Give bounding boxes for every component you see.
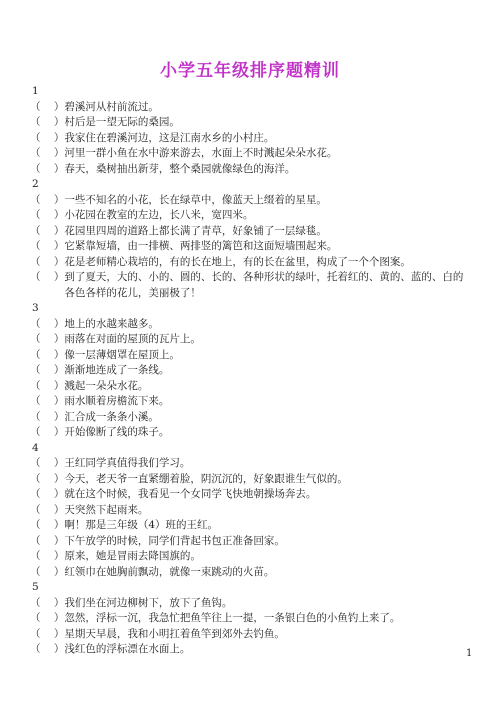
answer-blank[interactable]: （ ） bbox=[30, 193, 64, 209]
item-text: 啊！那是三年级（4）班的王红。 bbox=[64, 518, 470, 534]
ordering-item: （ ）开始像断了线的珠子。 bbox=[30, 425, 470, 441]
item-text: 河里一群小鱼在水中游来游去，水面上不时溅起朵朵水花。 bbox=[64, 146, 470, 162]
item-text: 地上的水越来越多。 bbox=[64, 317, 470, 333]
answer-blank[interactable]: （ ） bbox=[30, 518, 64, 534]
ordering-item: （ ）碧溪河从村前流过。 bbox=[30, 100, 470, 116]
answer-blank[interactable]: （ ） bbox=[30, 627, 64, 643]
section-number: 1 bbox=[32, 84, 470, 100]
item-text: 星期天早晨，我和小明扛着鱼竿到郊外去钓鱼。 bbox=[64, 627, 470, 643]
item-text: 天突然下起雨来。 bbox=[64, 503, 470, 519]
section-number: 2 bbox=[32, 177, 470, 193]
answer-blank[interactable]: （ ） bbox=[30, 503, 64, 519]
item-text: 小花园在教室的左边，长八米，宽四米。 bbox=[64, 208, 470, 224]
item-text: 下午放学的时候，同学们背起书包正准备回家。 bbox=[64, 534, 470, 550]
item-text: 到了夏天，大的、小的、圆的、长的、各种形状的绿叶，托着红的、黄的、蓝的、白的各色… bbox=[64, 270, 470, 301]
item-text: 雨水顺着房檐流下来。 bbox=[64, 394, 470, 410]
answer-blank[interactable]: （ ） bbox=[30, 487, 64, 503]
answer-blank[interactable]: （ ） bbox=[30, 611, 64, 627]
ordering-item: （ ）啊！那是三年级（4）班的王红。 bbox=[30, 518, 470, 534]
item-text: 渐渐地连成了一条线。 bbox=[64, 363, 470, 379]
answer-blank[interactable]: （ ） bbox=[30, 534, 64, 550]
page-number: 1 bbox=[466, 648, 472, 659]
item-text: 碧溪河从村前流过。 bbox=[64, 100, 470, 116]
item-text: 开始像断了线的珠子。 bbox=[64, 425, 470, 441]
answer-blank[interactable]: （ ） bbox=[30, 425, 64, 441]
ordering-item: （ ）溅起一朵朵水花。 bbox=[30, 379, 470, 395]
item-text: 汇合成一条条小溪。 bbox=[64, 410, 470, 426]
item-text: 忽然，浮标一沉，我急忙把鱼竿往上一提，一条银白色的小鱼钓上来了。 bbox=[64, 611, 470, 627]
answer-blank[interactable]: （ ） bbox=[30, 348, 64, 364]
item-text: 像一层薄烟罩在屋顶上。 bbox=[64, 348, 470, 364]
ordering-item: （ ）春天，桑树抽出新芽，整个桑园就像绿色的海洋。 bbox=[30, 162, 470, 178]
answer-blank[interactable]: （ ） bbox=[30, 363, 64, 379]
answer-blank[interactable]: （ ） bbox=[30, 146, 64, 162]
answer-blank[interactable]: （ ） bbox=[30, 131, 64, 147]
document-title: 小学五年级排序题精训 bbox=[0, 56, 500, 81]
item-text: 我们坐在河边柳树下，放下了鱼钩。 bbox=[64, 596, 470, 612]
ordering-item: （ ）星期天早晨，我和小明扛着鱼竿到郊外去钓鱼。 bbox=[30, 627, 470, 643]
item-text: 花园里四周的道路上都长满了青草，好象铺了一层绿毯。 bbox=[64, 224, 470, 240]
ordering-item: （ ）忽然，浮标一沉，我急忙把鱼竿往上一提，一条银白色的小鱼钓上来了。 bbox=[30, 611, 470, 627]
answer-blank[interactable]: （ ） bbox=[30, 596, 64, 612]
ordering-item: （ ）下午放学的时候，同学们背起书包正准备回家。 bbox=[30, 534, 470, 550]
ordering-item: （ ）地上的水越来越多。 bbox=[30, 317, 470, 333]
item-text: 我家住在碧溪河边，这是江南水乡的小村庄。 bbox=[64, 131, 470, 147]
ordering-item: （ ）像一层薄烟罩在屋顶上。 bbox=[30, 348, 470, 364]
answer-blank[interactable]: （ ） bbox=[30, 100, 64, 116]
item-text: 村后是一望无际的桑园。 bbox=[64, 115, 470, 131]
answer-blank[interactable]: （ ） bbox=[30, 270, 64, 301]
answer-blank[interactable]: （ ） bbox=[30, 549, 64, 565]
ordering-item: （ ）王红同学真值得我们学习。 bbox=[30, 456, 470, 472]
section-number: 4 bbox=[32, 441, 470, 457]
ordering-item: （ ）原来，她是冒雨去降国旗的。 bbox=[30, 549, 470, 565]
answer-blank[interactable]: （ ） bbox=[30, 472, 64, 488]
item-text: 雨落在对面的屋顶的瓦片上。 bbox=[64, 332, 470, 348]
answer-blank[interactable]: （ ） bbox=[30, 317, 64, 333]
item-text: 春天，桑树抽出新芽，整个桑园就像绿色的海洋。 bbox=[64, 162, 470, 178]
ordering-item: （ ）到了夏天，大的、小的、圆的、长的、各种形状的绿叶，托着红的、黄的、蓝的、白… bbox=[30, 270, 470, 301]
answer-blank[interactable]: （ ） bbox=[30, 456, 64, 472]
exercise-list: 1（ ）碧溪河从村前流过。（ ）村后是一望无际的桑园。（ ）我家住在碧溪河边，这… bbox=[30, 84, 470, 658]
item-text: 原来，她是冒雨去降国旗的。 bbox=[64, 549, 470, 565]
answer-blank[interactable]: （ ） bbox=[30, 162, 64, 178]
ordering-item: （ ）它紧靠短墙，由一排横、两排竖的篱笆和这面短墙围起来。 bbox=[30, 239, 470, 255]
ordering-item: （ ）今天，老天爷一直紧绷着脸，阴沉沉的，好象跟谁生气似的。 bbox=[30, 472, 470, 488]
item-text: 红领巾在她胸前飘动，就像一束跳动的火苗。 bbox=[64, 565, 470, 581]
item-text: 浅红色的浮标漂在水面上。 bbox=[64, 642, 470, 658]
ordering-item: （ ）我们坐在河边柳树下，放下了鱼钩。 bbox=[30, 596, 470, 612]
item-text: 今天，老天爷一直紧绷着脸，阴沉沉的，好象跟谁生气似的。 bbox=[64, 472, 470, 488]
answer-blank[interactable]: （ ） bbox=[30, 379, 64, 395]
answer-blank[interactable]: （ ） bbox=[30, 224, 64, 240]
ordering-item: （ ）红领巾在她胸前飘动，就像一束跳动的火苗。 bbox=[30, 565, 470, 581]
answer-blank[interactable]: （ ） bbox=[30, 115, 64, 131]
answer-blank[interactable]: （ ） bbox=[30, 394, 64, 410]
ordering-item: （ ）河里一群小鱼在水中游来游去，水面上不时溅起朵朵水花。 bbox=[30, 146, 470, 162]
section-number: 3 bbox=[32, 301, 470, 317]
ordering-item: （ ）我家住在碧溪河边，这是江南水乡的小村庄。 bbox=[30, 131, 470, 147]
item-text: 一些不知名的小花，长在绿草中，像蓝天上缀着的星星。 bbox=[64, 193, 470, 209]
ordering-item: （ ）天突然下起雨来。 bbox=[30, 503, 470, 519]
ordering-item: （ ）渐渐地连成了一条线。 bbox=[30, 363, 470, 379]
section-number: 5 bbox=[32, 580, 470, 596]
answer-blank[interactable]: （ ） bbox=[30, 239, 64, 255]
item-text: 它紧靠短墙，由一排横、两排竖的篱笆和这面短墙围起来。 bbox=[64, 239, 470, 255]
item-text: 花是老师精心栽培的，有的长在地上，有的长在盆里，构成了一个个图案。 bbox=[64, 255, 470, 271]
item-text: 溅起一朵朵水花。 bbox=[64, 379, 470, 395]
answer-blank[interactable]: （ ） bbox=[30, 642, 64, 658]
ordering-item: （ ）汇合成一条条小溪。 bbox=[30, 410, 470, 426]
ordering-item: （ ）村后是一望无际的桑园。 bbox=[30, 115, 470, 131]
ordering-item: （ ）雨水顺着房檐流下来。 bbox=[30, 394, 470, 410]
answer-blank[interactable]: （ ） bbox=[30, 208, 64, 224]
answer-blank[interactable]: （ ） bbox=[30, 255, 64, 271]
item-text: 就在这个时候，我看见一个女同学飞快地朝操场奔去。 bbox=[64, 487, 470, 503]
ordering-item: （ ）雨落在对面的屋顶的瓦片上。 bbox=[30, 332, 470, 348]
item-text: 王红同学真值得我们学习。 bbox=[64, 456, 470, 472]
ordering-item: （ ）花是老师精心栽培的，有的长在地上，有的长在盆里，构成了一个个图案。 bbox=[30, 255, 470, 271]
ordering-item: （ ）一些不知名的小花，长在绿草中，像蓝天上缀着的星星。 bbox=[30, 193, 470, 209]
answer-blank[interactable]: （ ） bbox=[30, 332, 64, 348]
ordering-item: （ ）就在这个时候，我看见一个女同学飞快地朝操场奔去。 bbox=[30, 487, 470, 503]
ordering-item: （ ）花园里四周的道路上都长满了青草，好象铺了一层绿毯。 bbox=[30, 224, 470, 240]
ordering-item: （ ）小花园在教室的左边，长八米，宽四米。 bbox=[30, 208, 470, 224]
answer-blank[interactable]: （ ） bbox=[30, 565, 64, 581]
ordering-item: （ ）浅红色的浮标漂在水面上。 bbox=[30, 642, 470, 658]
answer-blank[interactable]: （ ） bbox=[30, 410, 64, 426]
